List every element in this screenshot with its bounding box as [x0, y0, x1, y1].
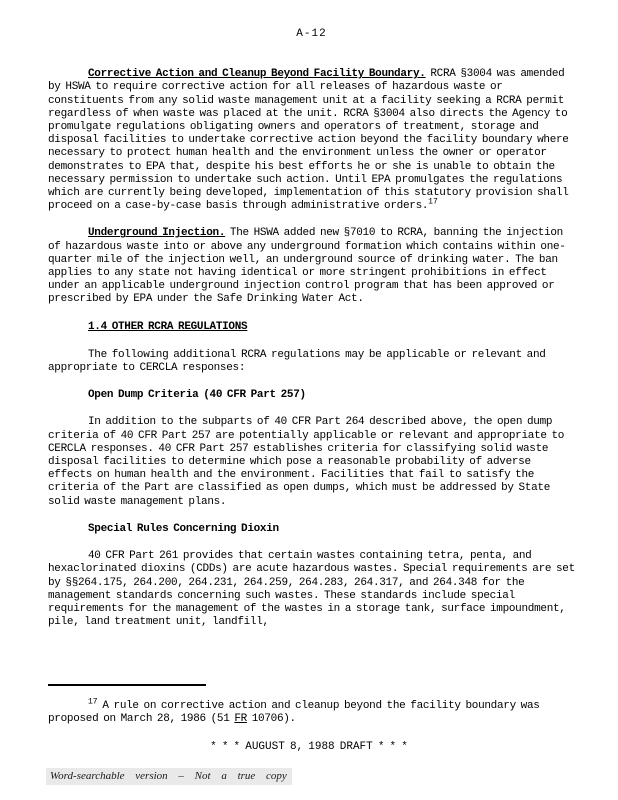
paragraph-corrective-action-title: Corrective Action and Cleanup Beyond Fac… [88, 68, 426, 80]
paragraph-dioxin-rules: 40 CFR Part 261 provides that certain wa… [48, 550, 575, 629]
footnote-17-marker: 17 [88, 697, 98, 706]
document-content: A-12 Corrective Action and Cleanup Beyon… [0, 0, 618, 629]
footnote-17: 17 A rule on corrective action and clean… [48, 700, 575, 726]
word-searchable-stamp: Word-searchable version – Not a true cop… [46, 768, 292, 785]
paragraph-section-intro: The following additional RCRA regulation… [48, 349, 575, 375]
paragraph-open-dump-criteria: In addition to the subparts of 40 CFR Pa… [48, 416, 575, 508]
section-heading-other-rcra-regulations: 1.4 OTHER RCRA REGULATIONS [88, 321, 575, 334]
footnote-separator-rule [48, 684, 206, 686]
federal-register-citation: FR [234, 713, 247, 725]
sub-heading-dioxin-rules: Special Rules Concerning Dioxin [88, 523, 575, 536]
page-number: A-12 [48, 28, 575, 41]
footnote-reference-17: 17 [428, 198, 438, 207]
draft-date-banner: * * * AUGUST 8, 1988 DRAFT * * * [0, 741, 618, 754]
paragraph-corrective-action-body: RCRA §3004 was amended by HSWA to requir… [48, 68, 569, 212]
sub-heading-open-dump-criteria: Open Dump Criteria (40 CFR Part 257) [88, 389, 575, 402]
paragraph-underground-injection: Underground Injection. The HSWA added ne… [48, 227, 575, 306]
footnote-17-text-end: 10706). [247, 713, 296, 725]
document-page: A-12 Corrective Action and Cleanup Beyon… [0, 0, 618, 800]
paragraph-underground-injection-title: Underground Injection. [88, 227, 225, 239]
paragraph-corrective-action: Corrective Action and Cleanup Beyond Fac… [48, 68, 575, 213]
